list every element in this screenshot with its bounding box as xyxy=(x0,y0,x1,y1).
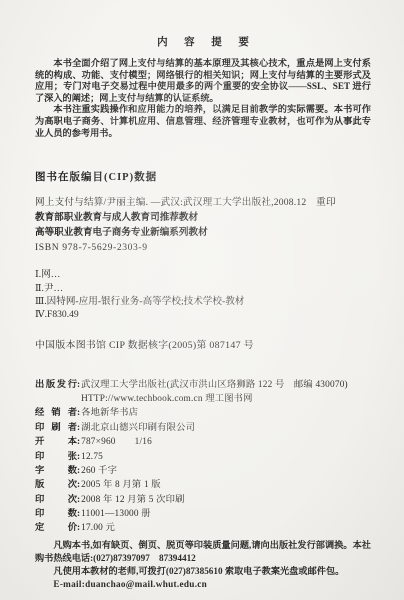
row-value: 787×960 1/16 xyxy=(81,435,152,449)
row-label: 经销者 xyxy=(35,406,77,420)
row-colon: : xyxy=(77,435,80,449)
summary-section: 内 容 提 要 本书全面介绍了网上支付与结算的基本原理及其核心技术，重点是网上支… xyxy=(35,34,371,139)
row-value: HTTP://www.techbook.com.cn 理工图书网 xyxy=(81,392,253,406)
cip-item-1: Ⅰ.网… xyxy=(35,268,371,281)
row-colon: : xyxy=(77,507,80,521)
row-label: 定价 xyxy=(35,521,77,535)
cip-series-2: 高等职业教育电子商务专业新编系列教材 xyxy=(35,225,371,240)
cip-block: 网上支付与结算/尹丽主编. —武汉:武汉理工大学出版社,2008.12 重印 教… xyxy=(35,195,371,255)
row-colon: : xyxy=(77,521,80,535)
row-label: 开本 xyxy=(35,435,77,449)
colophon-row-impression: 印次: 2008 年 12 月第 5 次印刷 xyxy=(35,493,371,507)
cip-classification-list: Ⅰ.网… Ⅱ.尹… Ⅲ.因特网-应用-银行业务-高等学校;技术学校-教材 Ⅳ.F… xyxy=(35,268,371,322)
cip-title-line: 网上支付与结算/尹丽主编. —武汉:武汉理工大学出版社,2008.12 重印 xyxy=(35,195,371,210)
cip-series-1: 教育部职业教育与成人教育司推荐教材 xyxy=(35,210,371,225)
row-value: 2005 年 8 月第 1 版 xyxy=(81,478,161,492)
row-value: 260 千字 xyxy=(81,464,117,478)
row-label: 出版发行 xyxy=(35,378,77,392)
row-label: 印次 xyxy=(35,493,77,507)
row-value: 湖北京山德兴印刷有限公司 xyxy=(81,421,195,435)
page-content: 内 容 提 要 本书全面介绍了网上支付与结算的基本原理及其核心技术，重点是网上支… xyxy=(0,0,404,591)
row-value: 11001—13000 册 xyxy=(81,507,151,521)
colophon-row-sheets: 印张: 12.75 xyxy=(35,450,371,464)
summary-paragraph-2: 本书注重实践操作和应用能力的培养，以满足目前教学的实际需要。本书可作为高职电子商… xyxy=(35,104,371,139)
colophon-row-printer: 印刷者: 湖北京山德兴印刷有限公司 xyxy=(35,421,371,435)
row-label: 印数 xyxy=(35,507,77,521)
colophon-row-wordcount: 字数: 260 千字 xyxy=(35,464,371,478)
row-value: 12.75 xyxy=(81,450,103,464)
colophon-row-format: 开本: 787×960 1/16 xyxy=(35,435,371,449)
colophon-row-printrun: 印数: 11001—13000 册 xyxy=(35,507,371,521)
summary-title: 内 容 提 要 xyxy=(35,34,371,49)
row-label: 字数 xyxy=(35,464,77,478)
colophon-row-price: 定价: 17.00 元 xyxy=(35,521,371,535)
row-colon: : xyxy=(77,421,80,435)
summary-paragraph-1: 本书全面介绍了网上支付与结算的基本原理及其核心技术，重点是网上支付系统的构成、功… xyxy=(35,58,371,104)
row-value: 武汉理工大学出版社(武汉市洪山区珞狮路 122 号 邮编 430070) xyxy=(81,378,348,392)
colophon-row-website: : HTTP://www.techbook.com.cn 理工图书网 xyxy=(35,392,371,406)
quality-note: 凡购本书,如有缺页、倒页、脱页等印装质量问题,请向出版社发行部调换。本社购书热线… xyxy=(35,539,371,565)
notes-section: 凡购本书,如有缺页、倒页、脱页等印装质量问题,请向出版社发行部调换。本社购书热线… xyxy=(35,539,371,591)
colophon-row-publisher: 出版发行: 武汉理工大学出版社(武汉市洪山区珞狮路 122 号 邮编 43007… xyxy=(35,378,371,392)
cip-heading: 图书在版编目(CIP)数据 xyxy=(35,169,371,184)
row-colon: : xyxy=(77,378,80,392)
row-colon: : xyxy=(77,493,80,507)
cip-item-2: Ⅱ.尹… xyxy=(35,282,371,295)
row-value: 各地新华书店 xyxy=(81,406,138,420)
colophon-section: 出版发行: 武汉理工大学出版社(武汉市洪山区珞狮路 122 号 邮编 43007… xyxy=(35,378,371,536)
row-label: 印张 xyxy=(35,450,77,464)
cip-section: 图书在版编目(CIP)数据 网上支付与结算/尹丽主编. —武汉:武汉理工大学出版… xyxy=(35,169,371,351)
colophon-row-distributor: 经销者: 各地新华书店 xyxy=(35,406,371,420)
row-label: 版次 xyxy=(35,478,77,492)
teacher-note: 凡使用本教材的老师,可拨打(027)87385610 索取电子教案光盘或邮件包。 xyxy=(35,565,371,578)
isbn-number: ISBN 978-7-5629-2303-9 xyxy=(35,240,371,255)
cip-item-4: Ⅳ.F830.49 xyxy=(35,308,371,321)
row-colon: : xyxy=(77,450,80,464)
colophon-row-edition: 版次: 2005 年 8 月第 1 版 xyxy=(35,478,371,492)
row-value: 17.00 元 xyxy=(81,521,115,535)
row-colon: : xyxy=(77,478,80,492)
contact-email: E-mail:duanchao@mail.whut.edu.cn xyxy=(35,578,371,591)
book-copyright-page: 内 容 提 要 本书全面介绍了网上支付与结算的基本原理及其核心技术，重点是网上支… xyxy=(0,0,404,600)
row-colon: : xyxy=(77,464,80,478)
row-colon: : xyxy=(77,406,80,420)
cip-item-3: Ⅲ.因特网-应用-银行业务-高等学校;技术学校-教材 xyxy=(35,295,371,308)
row-value: 2008 年 12 月第 5 次印刷 xyxy=(81,493,185,507)
cip-record-number: 中国版本图书馆 CIP 数据核字(2005)第 087147 号 xyxy=(35,337,371,351)
row-label: 印刷者 xyxy=(35,421,77,435)
